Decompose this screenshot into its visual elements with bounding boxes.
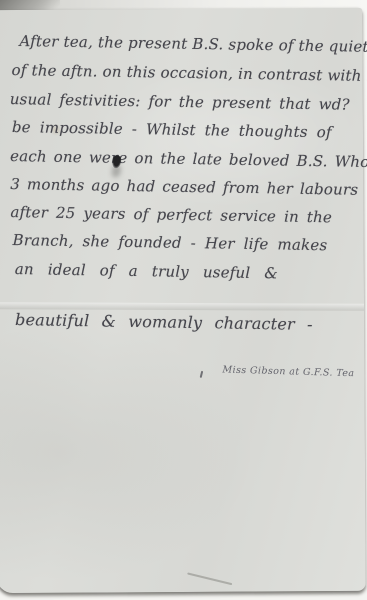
handwritten-line-2: of the aftn. on this occasion, in contra… bbox=[11, 63, 367, 84]
handwritten-line-10: beautiful & womanly character - bbox=[15, 312, 313, 333]
letter-page: After tea, the present B.S. spoke of the… bbox=[0, 8, 366, 593]
handwritten-line-4: be impossible - Whilst the thoughts of bbox=[12, 120, 332, 140]
handwritten-line-5: each one were on the late beloved B.S. W… bbox=[10, 149, 367, 170]
scanned-document: After tea, the present B.S. spoke of the… bbox=[0, 0, 367, 600]
handwritten-line-3: usual festivities: for the present that … bbox=[10, 92, 350, 113]
handwritten-line-1: After tea, the present B.S. spoke of the… bbox=[19, 34, 367, 55]
handwritten-line-7: after 25 years of perfect service in the bbox=[10, 205, 332, 225]
handwritten-line-8: Branch, she founded - Her life makes bbox=[13, 233, 328, 253]
handwritten-line-9: an ideal of a truly useful & bbox=[15, 262, 278, 281]
handwritten-text-block: After tea, the present B.S. spoke of the… bbox=[9, 26, 363, 593]
handwritten-line-6: 3 months ago had ceased from her labours bbox=[10, 177, 358, 198]
